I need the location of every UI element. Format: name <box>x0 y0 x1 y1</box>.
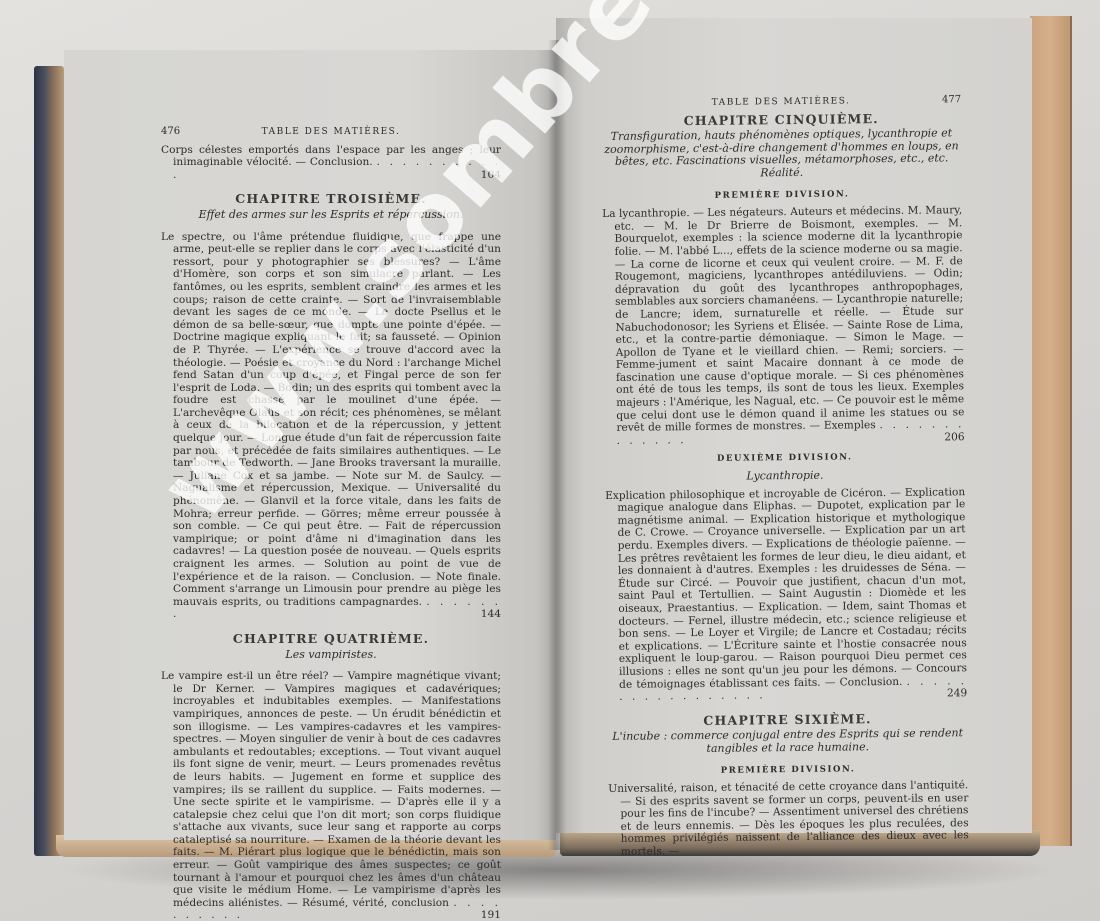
toc-entry-text: Universalité, raison, et ténacité de cet… <box>608 779 969 858</box>
left-page-column: 476 TABLE DES MATIÈRES. 000 Corps célest… <box>161 126 501 921</box>
chapter-title: CHAPITRE CINQUIÈME. <box>601 112 961 128</box>
toc-page-ref: 191 <box>487 909 501 921</box>
page-number: 477 <box>942 94 961 107</box>
book-cover-right-edge <box>1030 16 1072 846</box>
toc-entry: Le spectre, ou l'âme prétendue fluidique… <box>161 231 501 621</box>
toc-entry: Explication philosophique et incroyable … <box>605 486 967 704</box>
toc-entry: La lycanthropie. — Les négateurs. Auteur… <box>602 204 964 447</box>
toc-page-ref: 104 <box>487 169 501 182</box>
chapter-subtitle: Effet des armes sur les Esprits et réper… <box>161 209 501 222</box>
running-head-title: TABLE DES MATIÈRES. <box>180 126 482 139</box>
running-head-title: TABLE DES MATIÈRES. <box>620 94 942 110</box>
toc-entry: Le vampire est-il un être réel? — Vampir… <box>161 670 501 921</box>
toc-entry-text: Explication philosophique et incroyable … <box>605 486 967 691</box>
chapter-title: CHAPITRE TROISIÈME. <box>161 193 501 206</box>
toc-entry-text: Le spectre, ou l'âme prétendue fluidique… <box>161 231 501 608</box>
toc-entry: Universalité, raison, et ténacité de cet… <box>608 779 969 858</box>
chapter-title: CHAPITRE SIXIÈME. <box>607 712 967 728</box>
chapter-subtitle: Transfiguration, hauts phénomènes optiqu… <box>601 127 962 181</box>
page-number: 476 <box>161 126 180 139</box>
toc-page-ref: 144 <box>487 608 501 621</box>
division-label: DEUXIÈME DIVISION. <box>605 451 965 467</box>
chapter-subtitle: L'incube : commerce conjugal entre des E… <box>608 728 968 757</box>
toc-page-ref: 249 <box>953 687 967 700</box>
toc-entry-text: La lycanthropie. — Les négateurs. Auteur… <box>602 204 964 434</box>
right-running-head: 000 TABLE DES MATIÈRES. 477 <box>601 94 961 110</box>
division-heading: Lycanthropie. <box>605 468 965 484</box>
right-page: 000 TABLE DES MATIÈRES. 477 CHAPITRE CIN… <box>556 18 1032 833</box>
toc-entry: Corps célestes emportés dans l'espace pa… <box>161 144 501 182</box>
chapter-title: CHAPITRE QUATRIÈME. <box>161 633 501 646</box>
toc-page-ref: 206 <box>950 431 964 444</box>
right-page-column: 000 TABLE DES MATIÈRES. 477 CHAPITRE CIN… <box>601 94 969 858</box>
book-cover-left-edge <box>34 66 64 856</box>
division-label: PREMIÈRE DIVISION. <box>602 187 962 203</box>
left-running-head: 476 TABLE DES MATIÈRES. 000 <box>161 126 501 139</box>
book-gutter <box>548 40 566 850</box>
left-page: 476 TABLE DES MATIÈRES. 000 Corps célest… <box>64 50 556 840</box>
chapter-subtitle: Les vampiristes. <box>161 649 501 662</box>
division-label: PREMIÈRE DIVISION. <box>608 762 968 778</box>
toc-entry-text: Le vampire est-il un être réel? — Vampir… <box>161 670 501 909</box>
